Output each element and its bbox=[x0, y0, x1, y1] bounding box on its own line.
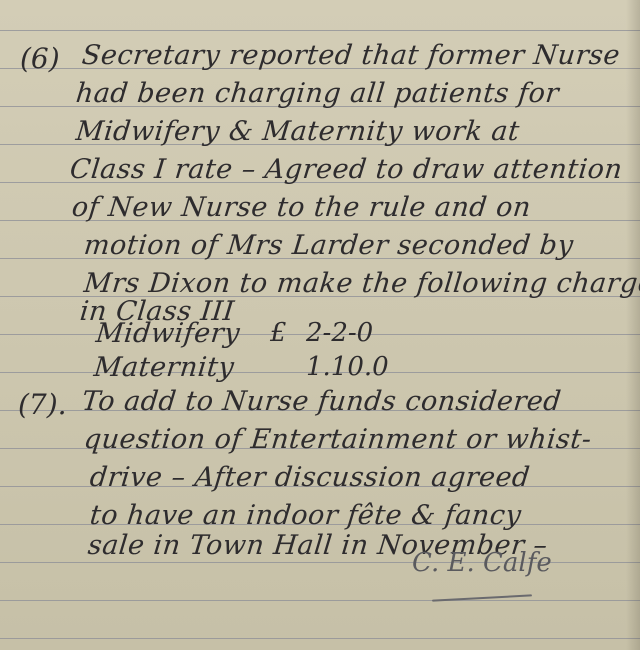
minute-line: of New Nurse to the rule and on bbox=[70, 192, 532, 223]
ruled-line bbox=[0, 638, 640, 639]
minute-line: Mrs Dixon to make the following charges bbox=[82, 268, 640, 299]
minute-line: To add to Nurse funds considered bbox=[80, 386, 562, 417]
currency-symbol: £ bbox=[270, 318, 287, 348]
minute-line: had been charging all patients for bbox=[74, 78, 560, 109]
charge-label: Midwifery bbox=[94, 318, 241, 349]
item-number: (7). bbox=[18, 388, 67, 421]
minute-line: to have an indoor fête & fancy bbox=[88, 500, 522, 531]
ruled-line bbox=[0, 30, 640, 31]
charge-amount: 2-2-0 bbox=[306, 318, 373, 348]
charge-label: Maternity bbox=[92, 352, 235, 383]
minute-line: Secretary reported that former Nurse bbox=[80, 40, 621, 71]
minute-line: Class I rate – Agreed to draw attention bbox=[68, 154, 624, 185]
minute-line: Midwifery & Maternity work at bbox=[74, 116, 521, 147]
item-number: (6) bbox=[20, 42, 60, 75]
ruled-line bbox=[0, 600, 640, 601]
notebook-page: (6) Secretary reported that former Nurse… bbox=[0, 0, 640, 650]
signature: C. E. Calfe bbox=[412, 548, 552, 578]
minute-line: motion of Mrs Larder seconded by bbox=[82, 230, 575, 261]
minute-line: drive – After discussion agreed bbox=[88, 462, 531, 493]
minute-line: question of Entertainment or whist- bbox=[82, 424, 593, 455]
charge-amount: 1.10.0 bbox=[306, 352, 389, 382]
